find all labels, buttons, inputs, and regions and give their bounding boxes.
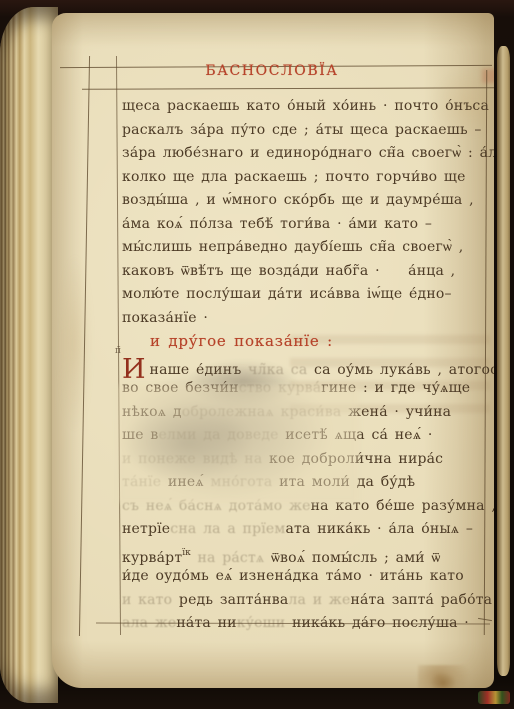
text-segment: во свое безчи́н — [122, 380, 239, 396]
text-line: мы́слишь непра́ведно даубі́ешь сн̃а свое… — [122, 237, 463, 258]
text-segment: и́де оудо́мь еѧ́ изнена́дка та́мо · ита́… — [122, 568, 464, 584]
text-line: и́де оудо́мь еѧ́ изнена́дка та́мо · ита́… — [122, 566, 464, 587]
text-line: а́ма коѧ́ по́лза тебѣ́ тоги́ва · а́ми ка… — [122, 214, 432, 235]
text-segment: а́ма коѧ́ по́лза тебѣ́ тоги́ва · а́ми ка… — [122, 216, 432, 232]
text-segment: ство курва́ — [239, 380, 322, 396]
text-line: нетрїесна ла а прїемата ника́кь · а́ла о… — [122, 519, 473, 540]
text-line: возды́ша , и ѡ́много ско́рбь ще и даумре… — [122, 190, 474, 211]
rubric-line: и дру́гое показа́нїе : — [150, 331, 333, 352]
text-segment: сна ла а прїем — [170, 521, 285, 537]
text-segment: нѣкоѧ д — [122, 404, 182, 420]
text-segment: раскалъ за́ра пу́то сде ; а́ты щеса раск… — [122, 122, 482, 138]
text-segment: їк — [182, 548, 191, 558]
text-segment: ала же — [122, 615, 176, 631]
page-edges-left — [0, 7, 58, 703]
text-segment: съ неѧ́ ба́снѧ дота́мо же — [122, 498, 311, 514]
text-line: ала жена́та нику́еши ника́кь да́го послу… — [122, 613, 469, 634]
text-segment: ла и же — [288, 592, 350, 608]
text-segment: нетрїе — [122, 521, 170, 537]
text-line: колко ще дла раскаешь ; почто горчи́во щ… — [122, 167, 466, 188]
text-line: съ неѧ́ ба́снѧ дота́мо жена като бе́ше р… — [122, 496, 494, 517]
text-segment: обролежнаѧ краси́ва — [182, 404, 342, 420]
text-segment: ше в — [122, 427, 158, 443]
text-segment: и като — [122, 592, 179, 608]
text-line: и като редь запта́нвала и жена́та запта́… — [122, 590, 494, 611]
book-photo: БАСНОСЛОВЇА п̃ щеса раскаешь като о́ный … — [0, 0, 514, 709]
text-segment: на́та запта́ рабо́та , — [350, 592, 494, 608]
text-segment: инеѧ́ — [168, 474, 211, 490]
text-line: Инаше е́динъ чл̃ка са са оу́мь лука́вь ,… — [122, 355, 494, 376]
text-segment: за́ра любе́знаго и единоро́днаго сн̃а св… — [122, 145, 494, 161]
text-line: молю́те послу́шаи да́ти иса́вва іѡ́ще е́… — [122, 284, 452, 305]
text-segment: молю́те послу́шаи да́ти иса́вва іѡ́ще е́… — [122, 286, 452, 302]
text-line: показа́нїе · — [122, 308, 208, 329]
text-segment: ата ника́кь · а́ла о́ныѧ – — [286, 521, 474, 537]
text-segment: и понеже видѣ на — [122, 451, 262, 467]
manuscript-page: БАСНОСЛОВЇА п̃ щеса раскаешь като о́ный … — [52, 13, 494, 688]
text-segment: на като бе́ше разу́мна , — [311, 498, 494, 514]
text-line: нѣкоѧ добролежнаѧ краси́ва жена́ · учи́н… — [122, 402, 451, 423]
text-segment: ита моли́ да бу́дѣ — [279, 474, 415, 490]
text-segment: мы́слишь непра́ведно даубі́ешь сн̃а свое… — [122, 239, 463, 255]
text-block: щеса раскаешь като о́ный хо́инь · почто … — [52, 13, 494, 688]
text-line: щеса раскаешь като о́ный хо́инь · почто … — [122, 96, 489, 117]
text-segment: елми да доведе — [158, 427, 278, 443]
text-line: и понеже видѣ на кое доброли́чна нира́с — [122, 449, 443, 470]
endband-decoration — [478, 691, 510, 704]
text-segment: на́та ни — [176, 615, 236, 631]
text-line: ше велми да доведе исетѣ́ ѧща са́ неѧ́ · — [122, 425, 432, 446]
text-segment: кое доброли́чна нира́с — [262, 451, 443, 467]
text-line: во свое безчи́нство курва́гине : и где ч… — [122, 378, 470, 399]
text-segment: ника́кь да́го послу́ша · — [285, 615, 469, 631]
text-segment: возды́ша , и ѡ́много ско́рбь ще и даумре… — [122, 192, 474, 208]
text-line: за́ра любе́знаго и единоро́днаго сн̃а св… — [122, 143, 494, 164]
text-segment: исетѣ́ ѧща са́ неѧ́ · — [279, 427, 433, 443]
text-segment: наше е́динъ — [150, 362, 249, 378]
text-segment: показа́нїе · — [122, 310, 208, 326]
text-segment: курва́рт — [122, 550, 182, 566]
text-segment: ку́еши — [237, 615, 286, 631]
text-segment: ѿвоѧ́ помы́сль ; ами́ ѿ — [264, 550, 440, 566]
text-segment: на ра́стѧ — [191, 550, 265, 566]
text-segment: жена́ · учи́на — [341, 404, 451, 420]
text-line: та́нїе инеѧ́ мно́гота ита моли́ да бу́дѣ — [122, 472, 415, 493]
text-segment: гине : и где чу́ѧще — [321, 380, 470, 396]
text-line: каковъ ѿвѣ́тъ ще возда́ди набг̃а · а́нца… — [122, 261, 455, 282]
text-segment: са оу́мь лука́вь , атогос — [307, 362, 494, 378]
text-line: курва́ртїк на ра́стѧ ѿвоѧ́ помы́сль ; ам… — [122, 543, 441, 564]
text-segment: каковъ ѿвѣ́тъ ще возда́ди набг̃а · а́нца… — [122, 263, 455, 279]
text-segment: колко ще дла раскаешь ; почто горчи́во щ… — [122, 169, 466, 185]
text-segment: и дру́гое показа́нїе : — [150, 332, 333, 350]
next-page-edge — [497, 46, 510, 676]
text-line: раскалъ за́ра пу́то сде ; а́ты щеса раск… — [122, 120, 482, 141]
text-segment: щеса раскаешь като о́ный хо́инь · почто … — [122, 98, 489, 114]
text-segment: чл̃ка са — [248, 362, 307, 378]
text-segment: редь запта́нва — [179, 592, 289, 608]
text-segment: мно́гота — [211, 474, 280, 490]
text-segment: та́нїе — [122, 474, 168, 490]
